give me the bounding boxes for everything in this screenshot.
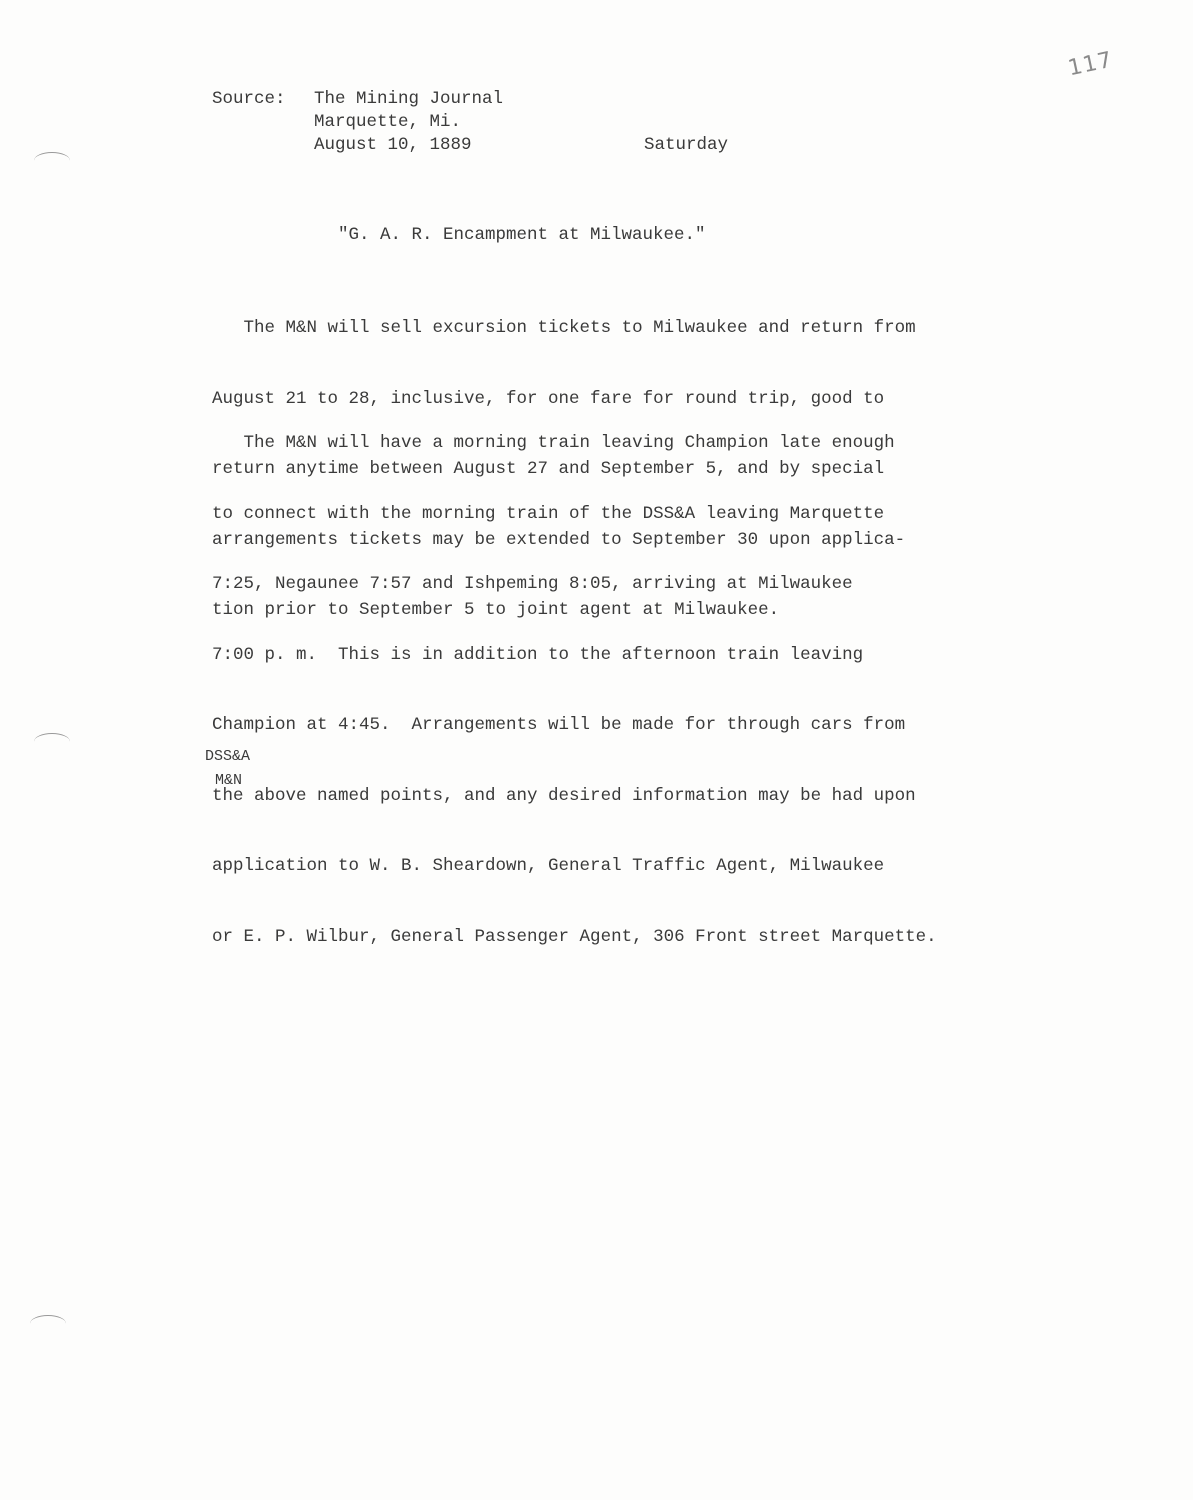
text-line: the above named points, and any desired …	[212, 785, 1012, 809]
text-line: Champion at 4:45. Arrangements will be m…	[212, 714, 1012, 738]
text-line: The M&N will sell excursion tickets to M…	[212, 317, 1012, 341]
text-line: to connect with the morning train of the…	[212, 503, 1012, 527]
railroad-references: DSS&A M&N	[205, 745, 250, 793]
punch-hole-mark	[34, 152, 70, 169]
source-day: Saturday	[644, 134, 728, 157]
text-line: The M&N will have a morning train leavin…	[212, 432, 1012, 456]
reference-mn: M&N	[205, 769, 250, 793]
text-line: or E. P. Wilbur, General Passenger Agent…	[212, 926, 1012, 950]
page-number: 117	[1066, 48, 1115, 82]
text-line: 7:25, Negaunee 7:57 and Ishpeming 8:05, …	[212, 573, 1012, 597]
source-lines: The Mining Journal Marquette, Mi. August…	[314, 88, 814, 157]
source-date: August 10, 1889	[314, 134, 814, 157]
source-publication: The Mining Journal	[314, 88, 814, 111]
text-line: application to W. B. Sheardown, General …	[212, 855, 1012, 879]
article-headline: "G. A. R. Encampment at Milwaukee."	[338, 225, 706, 245]
source-label: Source:	[212, 88, 312, 111]
punch-hole-mark	[30, 1315, 66, 1332]
reference-dssa: DSS&A	[205, 745, 250, 769]
source-location: Marquette, Mi.	[314, 111, 814, 134]
text-line: 7:00 p. m. This is in addition to the af…	[212, 644, 1012, 668]
punch-hole-mark	[34, 733, 70, 750]
paragraph-2: The M&N will have a morning train leavin…	[212, 385, 1012, 973]
